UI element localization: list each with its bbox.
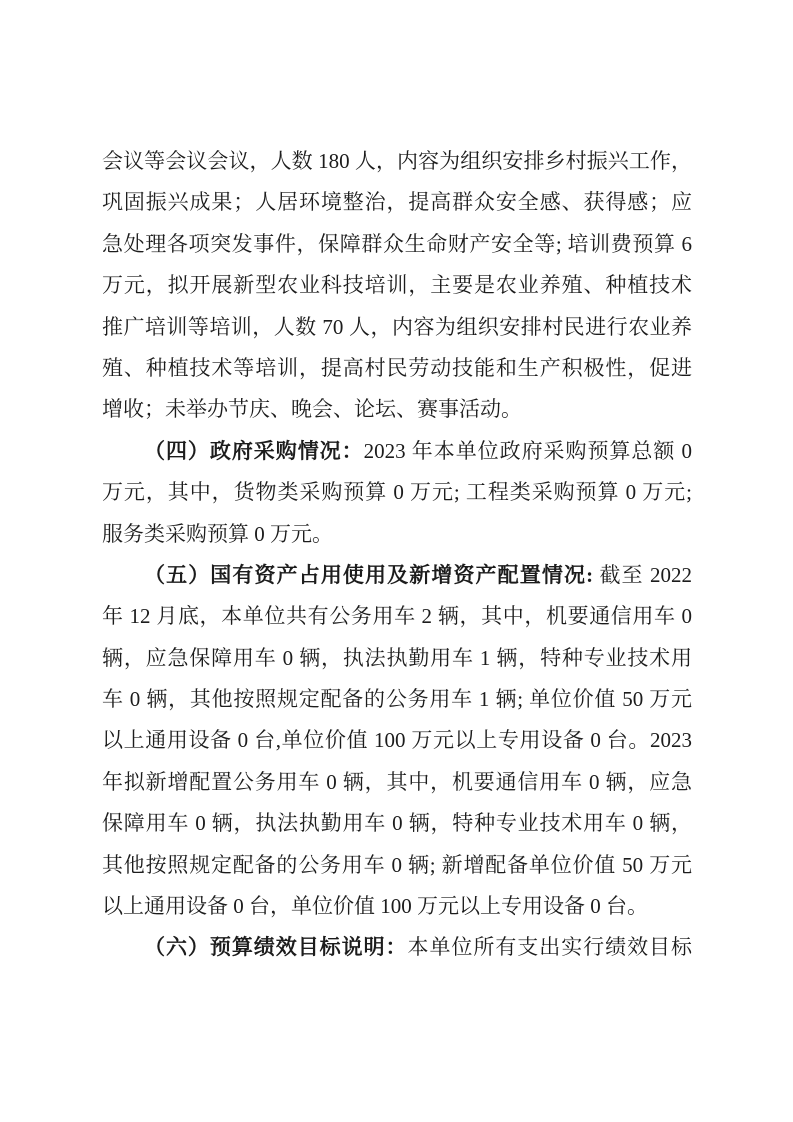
text-line: 服务类采购预算 0 万元。: [102, 514, 692, 555]
line-text: 车 0 辆，其他按照规定配备的公务用车 1 辆; 单位价值 50 万元: [102, 687, 692, 711]
line-text: 辆，应急保障用车 0 辆，执法执勤用车 1 辆，特种专业技术用: [102, 646, 692, 670]
section-label: （六）预算绩效目标说明：: [144, 935, 408, 959]
line-text: 增收；未举办节庆、晚会、论坛、赛事活动。: [102, 397, 522, 421]
line-text: 万元，其中，货物类采购预算 0 万元; 工程类采购预算 0 万元;: [102, 480, 692, 504]
text-line: 增收；未举办节庆、晚会、论坛、赛事活动。: [102, 389, 692, 430]
text-line: 殖、种植技术等培训，提高村民劳动技能和生产积极性，促进: [102, 348, 692, 389]
line-text: 年 12 月底，本单位共有公务用车 2 辆，其中，机要通信用车 0: [102, 604, 692, 628]
section-heading-line-5: （五）国有资产占用使用及新增资产配置情况: 截至 2022: [102, 555, 692, 596]
line-text: 保障用车 0 辆，执法执勤用车 0 辆，特种专业技术用车 0 辆，: [102, 811, 692, 835]
text-line: 巩固振兴成果；人居环境整治，提高群众安全感、获得感；应: [102, 182, 692, 223]
line-text: 年拟新增配置公务用车 0 辆，其中，机要通信用车 0 辆，应急: [102, 770, 692, 794]
text-line: 辆，应急保障用车 0 辆，执法执勤用车 1 辆，特种专业技术用: [102, 638, 692, 679]
section-label: （五）国有资产占用使用及新增资产配置情况:: [144, 563, 599, 587]
line-text: 会议等会议会议，人数 180 人，内容为组织安排乡村振兴工作，: [102, 149, 692, 173]
line-text: 万元，拟开展新型农业科技培训，主要是农业养殖、种植技术: [102, 273, 692, 297]
text-line: 以上通用设备 0 台，单位价值 100 万元以上专用设备 0 台。: [102, 886, 692, 927]
line-text: 2023 年本单位政府采购预算总额 0: [364, 439, 692, 463]
text-line: 车 0 辆，其他按照规定配备的公务用车 1 辆; 单位价值 50 万元: [102, 679, 692, 720]
line-text: 巩固振兴成果；人居环境整治，提高群众安全感、获得感；应: [102, 190, 692, 214]
text-line: 年 12 月底，本单位共有公务用车 2 辆，其中，机要通信用车 0: [102, 596, 692, 637]
line-text: 殖、种植技术等培训，提高村民劳动技能和生产积极性，促进: [102, 356, 692, 380]
line-text: 推广培训等培训，人数 70 人，内容为组织安排村民进行农业养: [102, 315, 692, 339]
text-line: 万元，拟开展新型农业科技培训，主要是农业养殖、种植技术: [102, 265, 692, 306]
document-page: 会议等会议会议，人数 180 人，内容为组织安排乡村振兴工作， 巩固振兴成果；人…: [0, 0, 793, 1122]
line-text: 截至 2022: [599, 563, 692, 587]
text-line: 急处理各项突发事件，保障群众生命财产安全等; 培训费预算 6: [102, 224, 692, 265]
line-text: 服务类采购预算 0 万元。: [102, 522, 333, 546]
text-line: 以上通用设备 0 台,单位价值 100 万元以上专用设备 0 台。2023: [102, 720, 692, 761]
line-text: 急处理各项突发事件，保障群众生命财产安全等; 培训费预算 6: [102, 232, 692, 256]
section-heading-line-4: （四）政府采购情况：2023 年本单位政府采购预算总额 0: [102, 431, 692, 472]
text-line: 会议等会议会议，人数 180 人，内容为组织安排乡村振兴工作，: [102, 141, 692, 182]
line-text: 其他按照规定配备的公务用车 0 辆; 新增配备单位价值 50 万元: [102, 853, 692, 877]
text-line: 其他按照规定配备的公务用车 0 辆; 新增配备单位价值 50 万元: [102, 845, 692, 886]
line-text: 以上通用设备 0 台,单位价值 100 万元以上专用设备 0 台。2023: [102, 728, 692, 752]
text-line: 年拟新增配置公务用车 0 辆，其中，机要通信用车 0 辆，应急: [102, 762, 692, 803]
text-line: 保障用车 0 辆，执法执勤用车 0 辆，特种专业技术用车 0 辆，: [102, 803, 692, 844]
text-line: 万元，其中，货物类采购预算 0 万元; 工程类采购预算 0 万元;: [102, 472, 692, 513]
section-heading-line-6: （六）预算绩效目标说明：本单位所有支出实行绩效目标: [102, 927, 692, 968]
section-label: （四）政府采购情况：: [144, 439, 364, 463]
line-text: 以上通用设备 0 台，单位价值 100 万元以上专用设备 0 台。: [102, 894, 648, 918]
line-text: 本单位所有支出实行绩效目标: [408, 935, 693, 959]
text-line: 推广培训等培训，人数 70 人，内容为组织安排村民进行农业养: [102, 307, 692, 348]
